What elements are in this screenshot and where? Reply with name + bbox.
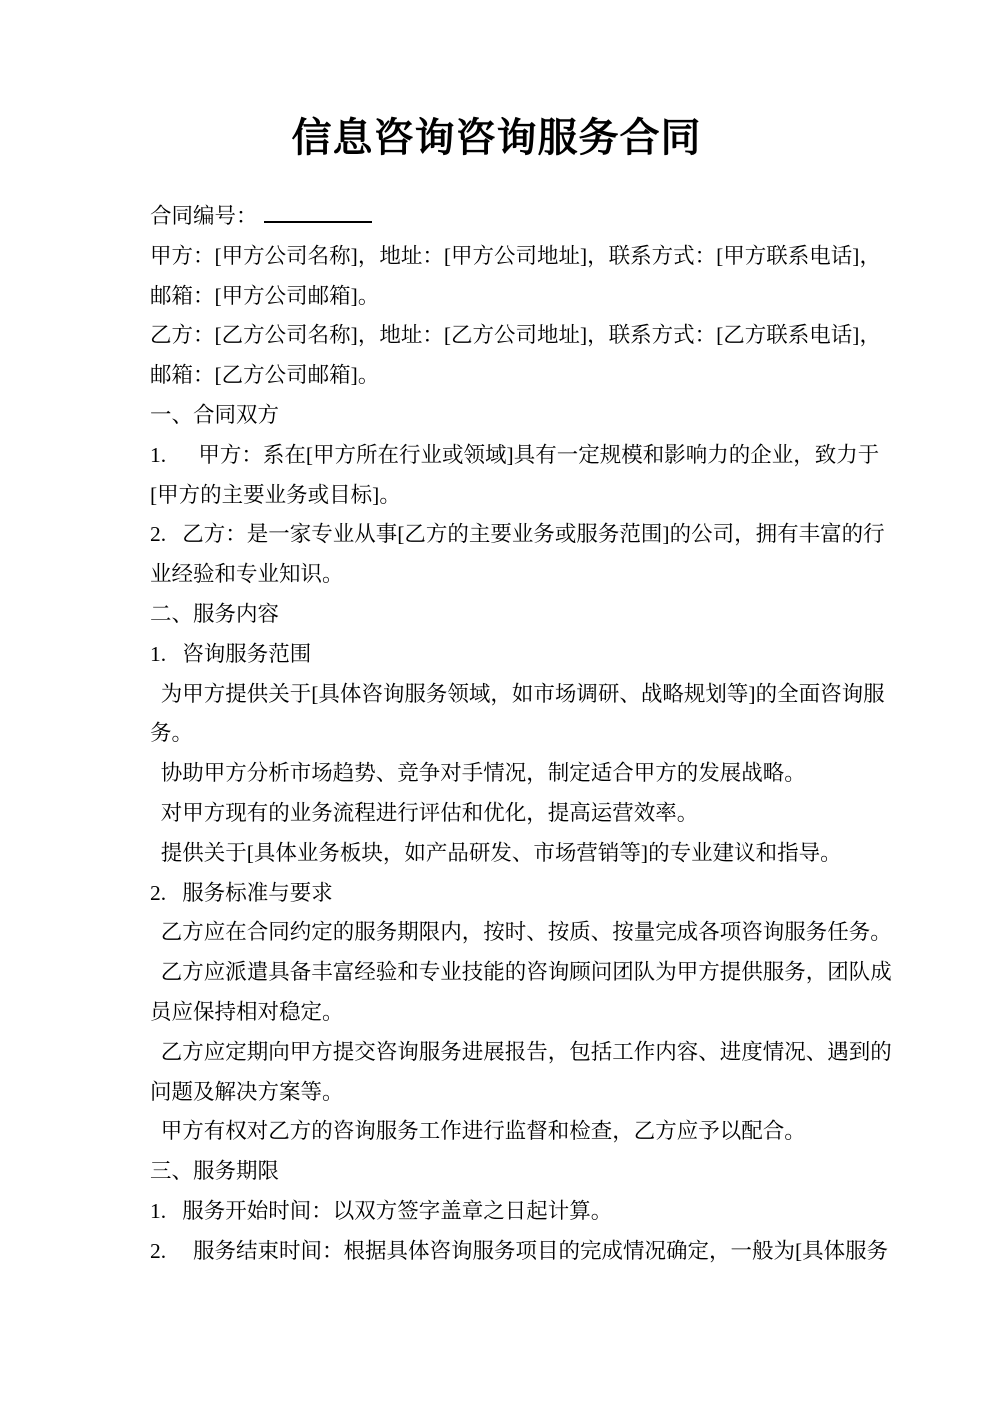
contract-number-blank bbox=[264, 200, 372, 224]
document-lines: 甲方：[甲方公司名称]，地址：[甲方公司地址]，联系方式：[甲方联系电话]，邮箱… bbox=[150, 237, 850, 1272]
text-line: 1. 服务开始时间：以双方签字盖章之日起计算。 bbox=[150, 1192, 850, 1232]
text-line: 二、服务内容 bbox=[150, 595, 850, 635]
text-line: 2. 乙方：是一家专业从事[乙方的主要业务或服务范围]的公司，拥有丰富的行 bbox=[150, 515, 850, 555]
text-line: 邮箱：[甲方公司邮箱]。 bbox=[150, 277, 850, 317]
text-line: 为甲方提供关于[具体咨询服务领域，如市场调研、战略规划等]的全面咨询服 bbox=[150, 675, 850, 715]
text-line: [甲方的主要业务或目标]。 bbox=[150, 476, 850, 516]
text-line: 业经验和专业知识。 bbox=[150, 555, 850, 595]
document-content: 合同编号： 甲方：[甲方公司名称]，地址：[甲方公司地址]，联系方式：[甲方联系… bbox=[150, 197, 850, 1272]
text-line: 乙方应定期向甲方提交咨询服务进展报告，包括工作内容、进度情况、遇到的 bbox=[150, 1033, 850, 1073]
text-line: 甲方有权对乙方的咨询服务工作进行监督和检查，乙方应予以配合。 bbox=[150, 1112, 850, 1152]
text-line: 甲方：[甲方公司名称]，地址：[甲方公司地址]，联系方式：[甲方联系电话]， bbox=[150, 237, 850, 277]
document-title: 信息咨询咨询服务合同 bbox=[0, 114, 993, 162]
text-line: 乙方应在合同约定的服务期限内，按时、按质、按量完成各项咨询服务任务。 bbox=[150, 913, 850, 953]
text-line: 问题及解决方案等。 bbox=[150, 1073, 850, 1113]
document-page: 信息咨询咨询服务合同 合同编号： 甲方：[甲方公司名称]，地址：[甲方公司地址]… bbox=[0, 0, 993, 1404]
text-line: 1. 甲方：系在[甲方所在行业或领域]具有一定规模和影响力的企业，致力于 bbox=[150, 436, 850, 476]
text-line: 务。 bbox=[150, 714, 850, 754]
text-line: 员应保持相对稳定。 bbox=[150, 993, 850, 1033]
text-line: 乙方：[乙方公司名称]，地址：[乙方公司地址]，联系方式：[乙方联系电话]， bbox=[150, 316, 850, 356]
text-line: 2. 服务标准与要求 bbox=[150, 874, 850, 914]
contract-number-label: 合同编号： bbox=[150, 204, 258, 228]
text-line: 对甲方现有的业务流程进行评估和优化，提高运营效率。 bbox=[150, 794, 850, 834]
text-line: 协助甲方分析市场趋势、竞争对手情况，制定适合甲方的发展战略。 bbox=[150, 754, 850, 794]
text-line: 提供关于[具体业务板块，如产品研发、市场营销等]的专业建议和指导。 bbox=[150, 834, 850, 874]
text-line: 邮箱：[乙方公司邮箱]。 bbox=[150, 356, 850, 396]
text-line: 乙方应派遣具备丰富经验和专业技能的咨询顾问团队为甲方提供服务，团队成 bbox=[150, 953, 850, 993]
text-line: 1. 咨询服务范围 bbox=[150, 635, 850, 675]
text-line: 2. 服务结束时间：根据具体咨询服务项目的完成情况确定，一般为[具体服务 bbox=[150, 1232, 850, 1272]
text-line: 一、合同双方 bbox=[150, 396, 850, 436]
text-line: 三、服务期限 bbox=[150, 1152, 850, 1192]
contract-number-line: 合同编号： bbox=[150, 197, 850, 237]
